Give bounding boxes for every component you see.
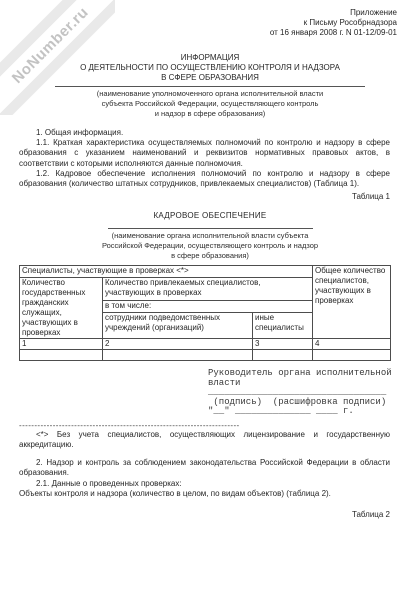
section-1-paragraphs: 1. Общая информация. 1.1. Краткая характ… — [19, 128, 390, 189]
paragraph-line: соответствии с которыми исполняются данн… — [19, 159, 390, 169]
doc-reference-line: от 16 января 2008 г. N 01-12/09-01 — [0, 28, 397, 38]
page-title-line: В СФЕРЕ ОБРАЗОВАНИЯ — [0, 73, 420, 83]
doc-reference-line: к Письму Рособрнадзора — [0, 18, 397, 28]
staffing-caption-line: в сфере образования) — [0, 251, 420, 261]
empty-data-cell — [20, 350, 103, 361]
paragraph-line: 1.1. Краткая характеристика осуществляем… — [19, 138, 390, 148]
page-title-line: О ДЕЯТЕЛЬНОСТИ ПО ОСУЩЕСТВЛЕНИЮ КОНТРОЛЯ… — [0, 63, 420, 73]
doc-reference-block: Приложение к Письму Рособрнадзора от 16 … — [0, 8, 397, 38]
specialists-header-cell: Специалисты, участвующие в проверках <*> — [20, 266, 313, 278]
staffing-section-heading: КАДРОВОЕ ОБЕСПЕЧЕНИЕ — [0, 211, 420, 220]
paragraph-line: Объекты контроля и надзора (количество в… — [19, 489, 390, 499]
paragraph-line: образования (количество штатных сотрудни… — [19, 179, 390, 189]
staffing-fill-in-rule — [108, 228, 313, 229]
staffing-caption-line: (наименование органа исполнительной влас… — [0, 231, 420, 241]
paragraph-line: 2. Надзор и контроль за соблюдением зако… — [19, 458, 390, 468]
title-caption-line: (наименование уполномоченного органа исп… — [0, 89, 420, 99]
table-2-label: Таблица 2 — [0, 510, 390, 519]
column-number-cell: 1 — [20, 339, 103, 350]
paragraph-line: 1. Общая информация. — [19, 128, 390, 138]
doc-reference-line: Приложение — [0, 8, 397, 18]
table-1-label: Таблица 1 — [0, 192, 390, 201]
signature-date-line: "__" ______________ ____ г. — [208, 407, 396, 417]
page-title: ИНФОРМАЦИЯ О ДЕЯТЕЛЬНОСТИ ПО ОСУЩЕСТВЛЕН… — [0, 53, 420, 83]
page-title-line: ИНФОРМАЦИЯ — [0, 53, 420, 63]
paragraph-line: образования с указанием наименований и р… — [19, 148, 390, 158]
empty-data-cell — [103, 350, 253, 361]
footnote-line: аккредитацию. — [19, 440, 390, 450]
column-number-cell: 2 — [103, 339, 253, 350]
footnote-separator: ----------------------------------------… — [19, 421, 390, 430]
footnote-block: <*> Без учета специалистов, осуществляющ… — [19, 430, 390, 450]
staffing-table: Специалисты, участвующие в проверках <*>… — [19, 265, 391, 361]
staffing-caption: (наименование органа исполнительной влас… — [0, 231, 420, 261]
empty-data-cell — [253, 350, 313, 361]
including-cell: в том числе: — [103, 301, 313, 313]
other-specialists-cell: иные специалисты — [253, 313, 313, 339]
column-number-cell: 4 — [313, 339, 391, 350]
title-caption-line: субъекта Российской Федерации, осуществл… — [0, 99, 420, 109]
section-2-paragraphs: 2. Надзор и контроль за соблюдением зако… — [19, 458, 390, 499]
attracted-specialists-cell: Количество привлекаемых специалистов, уч… — [103, 278, 313, 301]
subordinate-staff-cell: сотрудники подведомственных учреждений (… — [103, 313, 253, 339]
footnote-line: <*> Без учета специалистов, осуществляющ… — [19, 430, 390, 440]
title-caption-line: и надзор в сфере образования) — [0, 109, 420, 119]
title-caption: (наименование уполномоченного органа исп… — [0, 89, 420, 119]
signature-block: Руководитель органа исполнительной власт… — [208, 369, 396, 417]
total-specialists-cell: Общее количество специалистов, участвующ… — [313, 266, 391, 339]
empty-data-cell — [313, 350, 391, 361]
paragraph-line: образования. — [19, 468, 390, 478]
paragraph-line: 1.2. Кадровое обеспечение исполнения пол… — [19, 169, 390, 179]
paragraph-line: 2.1. Данные о проведенных проверках: — [19, 479, 390, 489]
civil-servants-cell: Количество государственных гражданских с… — [20, 278, 103, 339]
title-fill-in-rule — [55, 86, 365, 87]
document-page: NoNumber.ru Приложение к Письму Рособрна… — [0, 0, 420, 600]
column-number-cell: 3 — [253, 339, 313, 350]
staffing-caption-line: Российской Федерации, осуществляющего ко… — [0, 241, 420, 251]
